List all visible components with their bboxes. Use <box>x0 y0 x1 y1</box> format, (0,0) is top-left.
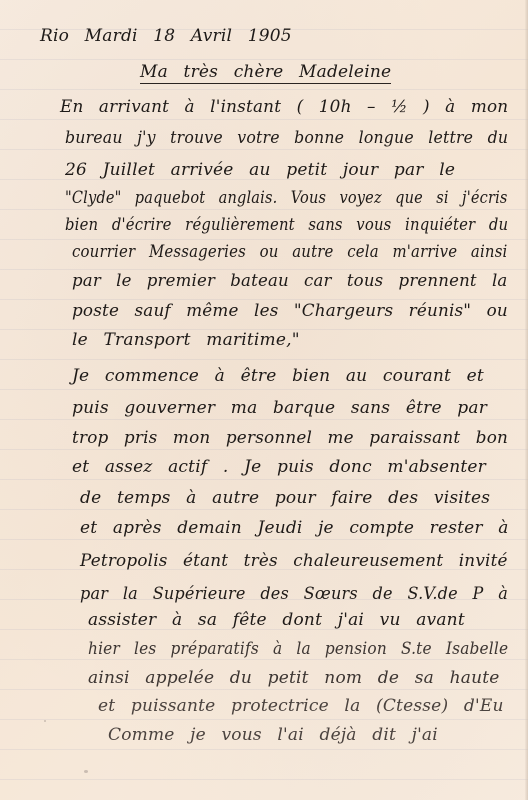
letter-line: bien d'écrire régulièrement sans vous in… <box>65 215 508 235</box>
letter-line: hier les préparatifs à la pension S.te I… <box>88 639 508 659</box>
letter-line: 26 Juillet arrivée au petit jour par le <box>65 160 455 180</box>
letter-line: assister à sa fête dont j'ai vu avant <box>88 610 465 630</box>
letter-line: Petropolis étant très chaleureusement in… <box>80 551 508 571</box>
letter-page: Rio Mardi 18 Avril 1905 Ma très chère Ma… <box>0 0 528 800</box>
letter-line: de temps à autre pour faire des visites <box>80 488 490 508</box>
letter-line: le Transport maritime," <box>72 330 300 350</box>
ink-speck <box>84 770 88 773</box>
letter-line: par le premier bateau car tous prennent … <box>72 271 507 291</box>
letter-line: et puissante protectrice la (Ctesse) d'E… <box>98 696 504 716</box>
letter-salutation: Ma très chère Madeleine <box>140 62 391 82</box>
letter-line: trop pris mon personnel me paraissant bo… <box>72 428 508 448</box>
ink-speck <box>44 720 46 722</box>
letter-dateline: Rio Mardi 18 Avril 1905 <box>40 26 292 46</box>
letter-line: ainsi appelée du petit nom de sa haute <box>88 668 500 688</box>
letter-line: bureau j'y trouve votre bonne longue let… <box>65 128 508 148</box>
letter-line: courrier Messageries ou autre cela m'arr… <box>72 242 507 262</box>
letter-line: Je commence à être bien au courant et <box>72 366 484 386</box>
letter-line: par la Supérieure des Sœurs de S.V.de P … <box>80 584 508 604</box>
salutation-text: Ma très chère Madeleine <box>140 62 391 84</box>
letter-line: Comme je vous l'ai déjà dit j'ai <box>108 725 438 745</box>
letter-line: et assez actif . Je puis donc m'absenter <box>72 457 486 477</box>
letter-line: puis gouverner ma barque sans être par <box>72 398 487 418</box>
letter-line: et après demain Jeudi je compte rester à <box>80 518 509 538</box>
letter-line: En arrivant à l'instant ( 10h – ½ ) à mo… <box>60 97 508 117</box>
letter-line: "Clyde" paquebot anglais. Vous voyez que… <box>65 188 508 208</box>
letter-line: poste sauf même les "Chargeurs réunis" o… <box>72 301 508 321</box>
